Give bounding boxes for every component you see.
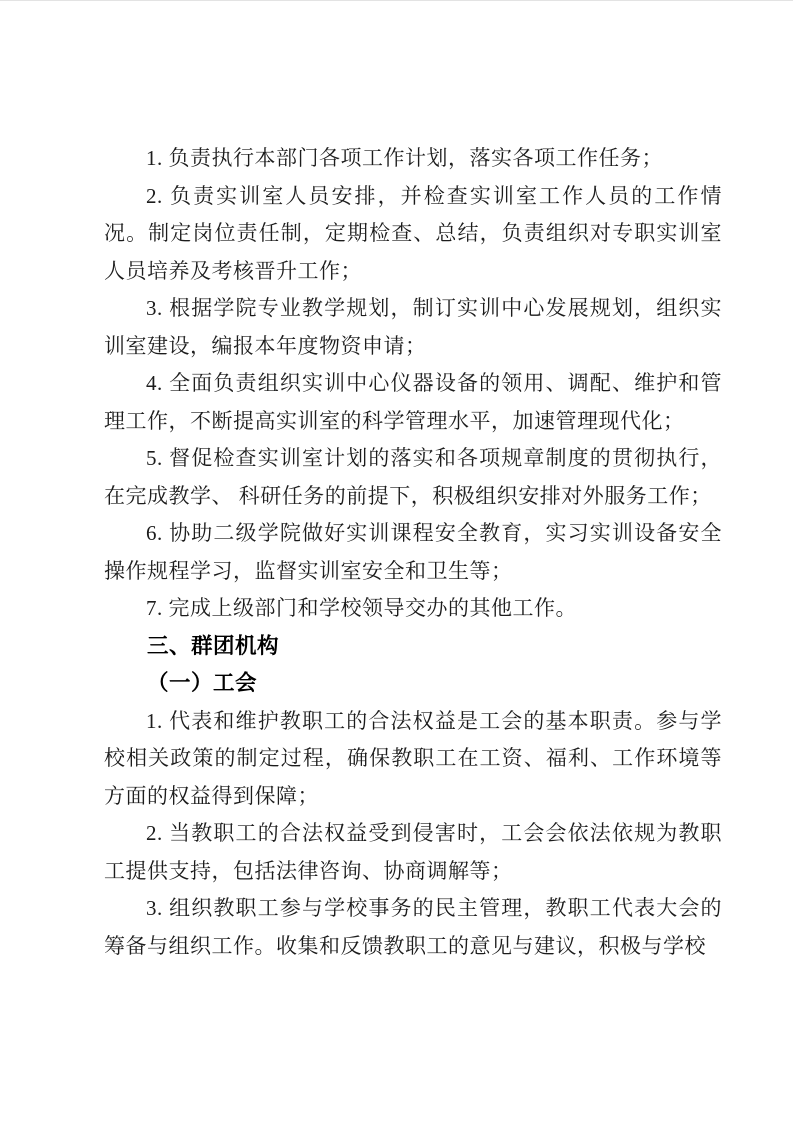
duty-item-2: 2. 负责实训室人员安排，并检查实训室工作人员的工作情况。制定岗位责任制，定期检… — [104, 178, 722, 291]
union-duty-item-3: 3. 组织教职工参与学校事务的民主管理，教职工代表大会的筹备与组织工作。收集和反… — [104, 890, 722, 965]
duty-item-7: 7. 完成上级部门和学校领导交办的其他工作。 — [104, 590, 722, 628]
duty-item-4: 4. 全面负责组织实训中心仪器设备的领用、调配、维护和管理工作，不断提高实训室的… — [104, 365, 722, 440]
section-heading-mass-organizations: 三、群团机构 — [104, 628, 722, 666]
duty-item-5: 5. 督促检查实训室计划的落实和各项规章制度的贯彻执行，在完成教学、 科研任务的… — [104, 440, 722, 515]
union-duty-item-2: 2. 当教职工的合法权益受到侵害时，工会会依法依规为教职工提供支持，包括法律咨询… — [104, 815, 722, 890]
subsection-heading-labor-union: （一）工会 — [104, 665, 722, 703]
union-duty-item-1: 1. 代表和维护教职工的合法权益是工会的基本职责。参与学校相关政策的制定过程，确… — [104, 703, 722, 816]
duty-item-1: 1. 负责执行本部门各项工作计划，落实各项工作任务； — [104, 140, 722, 178]
duty-item-6: 6. 协助二级学院做好实训课程安全教育，实习实训设备安全操作规程学习，监督实训室… — [104, 515, 722, 590]
document-body: 1. 负责执行本部门各项工作计划，落实各项工作任务； 2. 负责实训室人员安排，… — [104, 140, 722, 965]
page-top-divider — [0, 0, 793, 1]
document-page: 1. 负责执行本部门各项工作计划，落实各项工作任务； 2. 负责实训室人员安排，… — [0, 0, 793, 1122]
duty-item-3: 3. 根据学院专业教学规划，制订实训中心发展规划，组织实训室建设，编报本年度物资… — [104, 290, 722, 365]
